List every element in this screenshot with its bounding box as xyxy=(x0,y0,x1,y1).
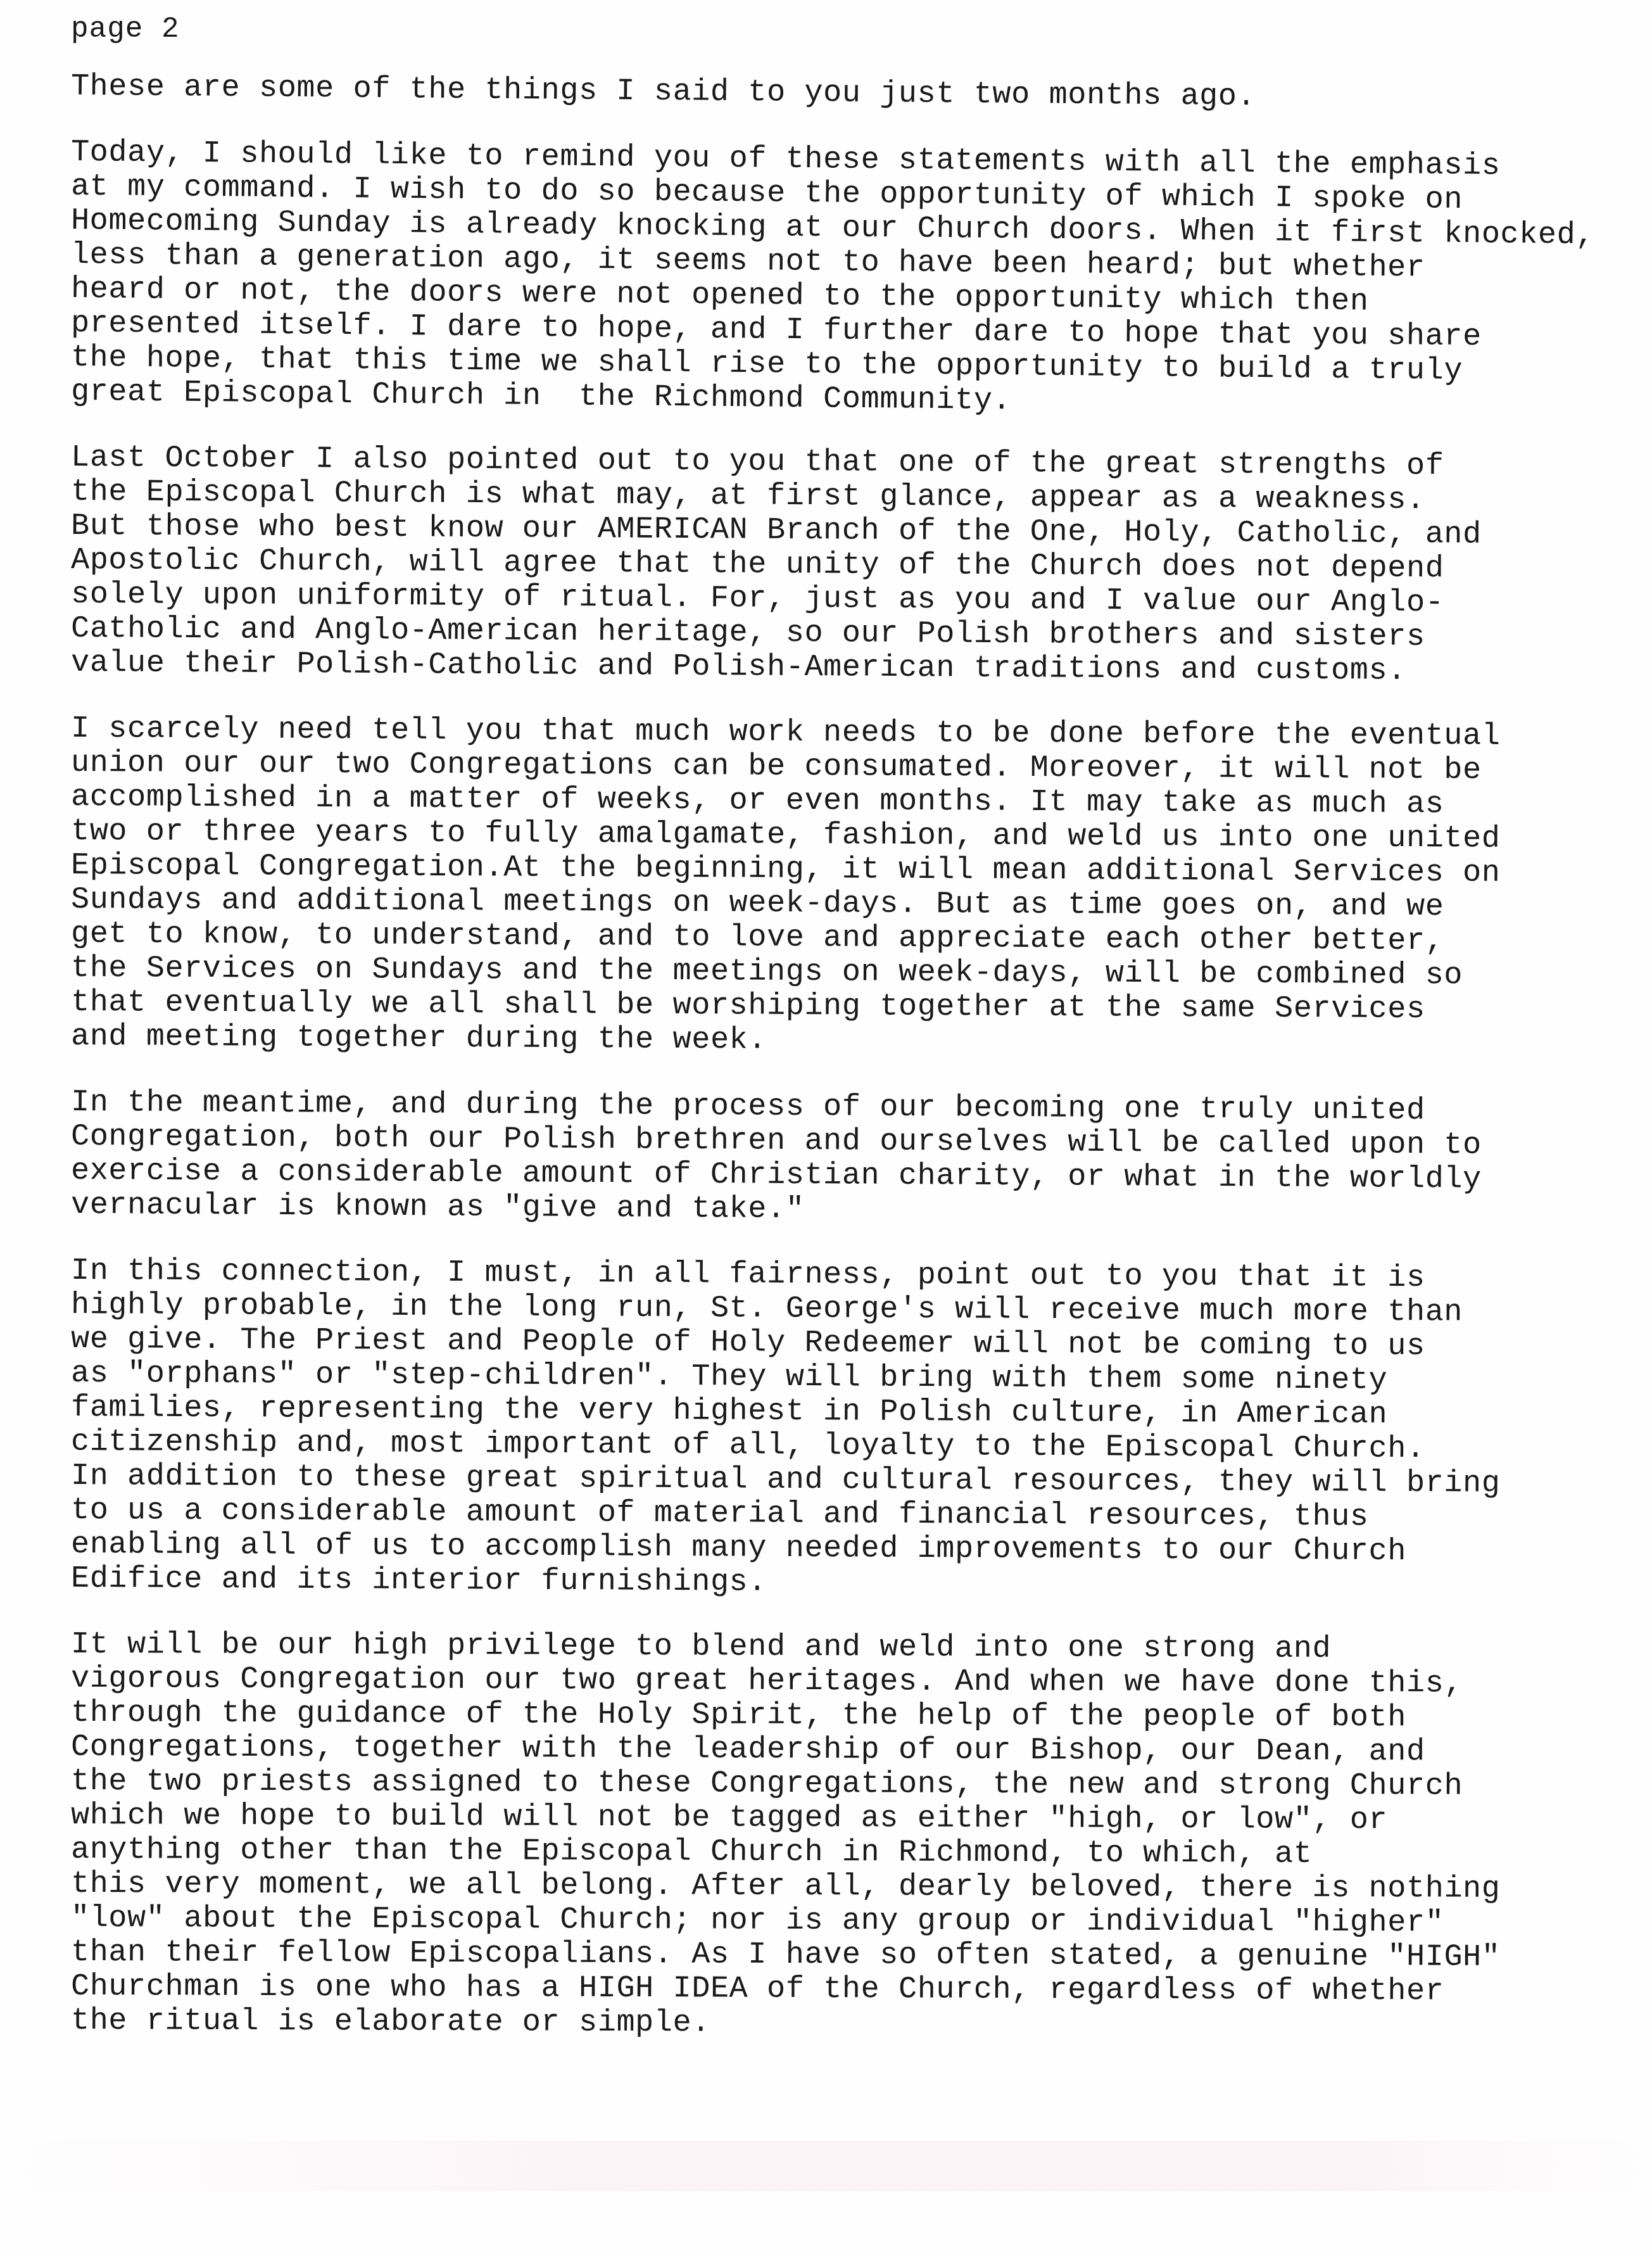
text-line: Edifice and its interior furnishings. xyxy=(71,1562,1629,1604)
paragraph: It will be our high privilege to blend a… xyxy=(71,1628,1629,2038)
document-page: page 2 These are some of the things I sa… xyxy=(0,0,1652,2256)
page-fold-mark xyxy=(0,0,50,58)
text-line: than their fellow Episcopalians. As I ha… xyxy=(71,1936,1629,1975)
paragraph: In the meantime, and during the process … xyxy=(71,1086,1629,1222)
text-line: "low" about the Episcopal Church; nor is… xyxy=(71,1901,1629,1941)
text-line: the ritual is elaborate or simple. xyxy=(71,2004,1629,2044)
paragraph: In this connection, I must, in all fairn… xyxy=(71,1254,1629,1596)
bleed-through-stain xyxy=(0,2141,1652,2191)
paragraph: These are some of the things I said to y… xyxy=(71,70,1629,104)
text-line: These are some of the things I said to y… xyxy=(71,70,1629,117)
text-line: vigorous Congregation our two great heri… xyxy=(71,1662,1629,1702)
text-line: anything other than the Episcopal Church… xyxy=(71,1833,1629,1873)
letter-body: These are some of the things I said to y… xyxy=(71,70,1629,2070)
page-number-label: page 2 xyxy=(71,13,180,46)
text-line: It will be our high privilege to blend a… xyxy=(71,1628,1629,1668)
paragraph: Last October I also pointed out to you t… xyxy=(71,441,1629,680)
text-line: which we hope to build will not be tagge… xyxy=(71,1799,1629,1839)
paragraph: I scarcely need tell you that much work … xyxy=(71,712,1629,1054)
text-line: Churchman is one who has a HIGH IDEA of … xyxy=(71,1970,1629,2010)
paragraph: Today, I should like to remind you of th… xyxy=(71,136,1629,409)
text-line: through the guidance of the Holy Spirit,… xyxy=(71,1696,1629,1736)
text-line: and meeting together during the week. xyxy=(71,1020,1629,1062)
text-line: Congregations, together with the leaders… xyxy=(71,1730,1629,1770)
text-line: the two priests assigned to these Congre… xyxy=(71,1765,1629,1804)
text-line: this very moment, we all belong. After a… xyxy=(71,1867,1629,1907)
